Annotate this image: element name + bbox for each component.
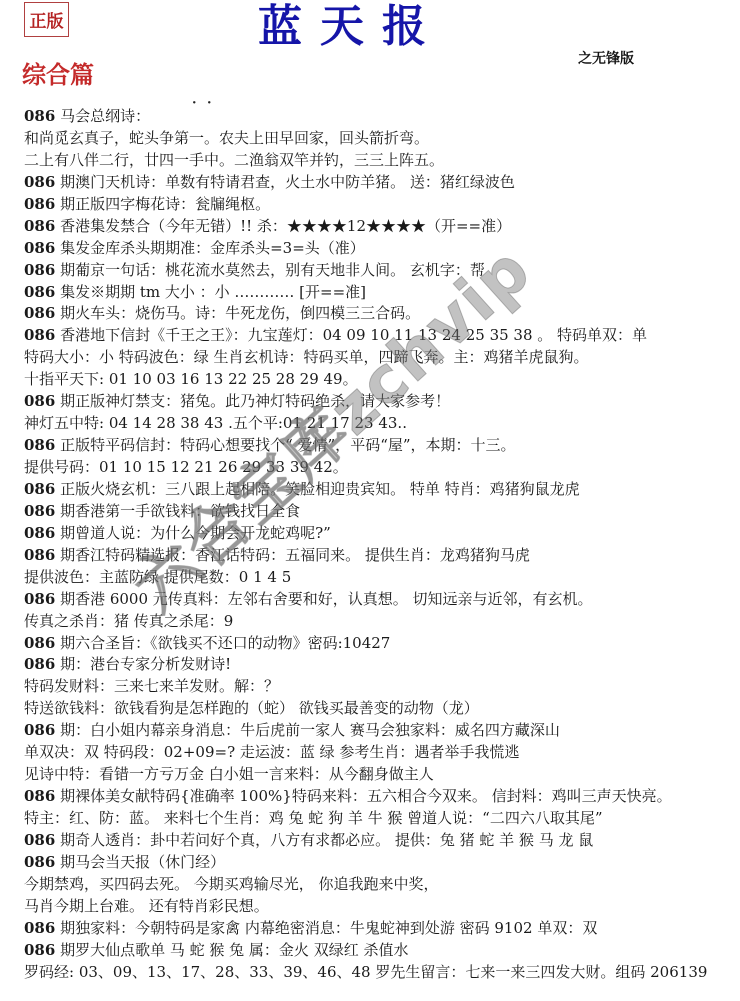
text-line: 罗码经: 03、09、13、17、28、33、39、46、48 罗先生留言：七来… xyxy=(24,962,738,984)
text-line: 和尚觅玄真子，蛇头争第一。农夫上田早回家，回头箭折弯。 xyxy=(24,128,738,150)
text-line: 086 期澳门天机诗：单数有特请君查，火土水中防羊猪。 送：猪红绿波色 xyxy=(24,172,738,194)
text-line: 086 期香港 6000 元传真料：左邻右舍要和好，认真想。 切知远亲与近邻，有… xyxy=(24,589,738,611)
text-line: 086 香港集发禁合（今年无错）!! 杀：★★★★12★★★★（开==准） xyxy=(24,216,738,238)
text-line: 086 期香江特码精选报：香江话特码：五福同来。 提供生肖：龙鸡猪狗马虎 xyxy=(24,545,738,567)
text-line: 单双决：双 特码段：02+09=? 走运波：蓝 绿 参考生肖：遇者举手我慌逃 xyxy=(24,742,738,764)
text-line: 086 正版特平码信封：特码心想要找个“ 爱情”，平码“屋”，本期：十三。 xyxy=(24,435,738,457)
text-line: 086 期香港第一手欲钱料：欲钱找日全食 xyxy=(24,501,738,523)
text-line: 086 期：港台专家分析发财诗! xyxy=(24,654,738,676)
text-line: 086 期正版四字梅花诗：瓮牖绳枢。 xyxy=(24,194,738,216)
text-line: 见诗中特：看错一方亏万金 白小姐一言来料：从今翻身做主人 xyxy=(24,764,738,786)
text-line: 086 期六合圣旨：《欲钱买不还口的动物》密码:10427 xyxy=(24,633,738,655)
text-line: 086 期独家料：今朝特码是家禽 内幕绝密消息：牛鬼蛇神到处游 密码 9102 … xyxy=(24,918,738,940)
section-heading: 综合篇 xyxy=(22,60,94,90)
text-line: 086 期罗大仙点歌单 马 蛇 猴 兔 属：金火 双绿红 杀值水 xyxy=(24,940,738,962)
text-line: 086 集发金库杀头期期准：金库杀头=3=头（准） xyxy=(24,238,738,260)
text-line: 神灯五中特: 04 14 28 38 43 .五个平:01 21 17 23 4… xyxy=(24,413,738,435)
text-line: 特送欲钱料：欲钱看狗是怎样跑的（蛇） 欲钱买最善变的动物（龙） xyxy=(24,698,738,720)
text-line: 086 期火车头：烧伤马。诗：牛死龙伤，倒四模三三合码。 xyxy=(24,303,738,325)
text-line: 十指平天下: 01 10 03 16 13 22 25 28 29 49。 xyxy=(24,369,738,391)
text-line: 086 香港地下信封《千王之王》：九宝莲灯：04 09 10 11 13 24 … xyxy=(24,325,738,347)
text-line: 今期禁鸡，买四码去死。 今期买鸡输尽光， 你追我跑来中奖， xyxy=(24,874,738,896)
text-line: 提供波色：主蓝防绿 提供尾数：0 1 4 5 xyxy=(24,567,738,589)
text-line: 086 期裸体美女献特码{准确率 100%}特码来料：五六相合今双来。 信封料：… xyxy=(24,786,738,808)
text-line: 提供号码：01 10 15 12 21 26 29 33 39 42。 xyxy=(24,457,738,479)
text-line: 086 期马会当天报（休门经） xyxy=(24,852,738,874)
text-line: 086 期奇人透肖：卦中若问好个真，八方有求都必应。 提供：兔 猪 蛇 羊 猴 … xyxy=(24,830,738,852)
text-line: 086 期正版神灯禁支：猪兔。此乃神灯特码绝杀，请大家参考！ xyxy=(24,391,738,413)
text-line: 特码大小：小 特码波色：绿 生肖玄机诗：特码买单，四蹄飞奔。主：鸡猪羊虎鼠狗。 xyxy=(24,347,738,369)
genuine-edition-badge: 正版 xyxy=(24,2,69,37)
newspaper-title: 蓝天报 xyxy=(258,2,444,52)
text-line: 086 集发※期期 tm 大小 ：小 ………… [开==准] xyxy=(24,282,738,304)
text-line: 特码发财料：三来七来羊发财。解：？ xyxy=(24,676,738,698)
text-line: 086 期：白小姐内幕亲身消息：牛后虎前一家人 赛马会独家料：威名四方藏深山 xyxy=(24,720,738,742)
text-line: 086 马会总纲诗： xyxy=(24,106,738,128)
text-line: 特主：红、防：蓝。 来料七个生肖：鸡 兔 蛇 狗 羊 牛 猴 曾道人说：“二四六… xyxy=(24,808,738,830)
text-line: 传真之杀肖：猪 传真之杀尾：9 xyxy=(24,611,738,633)
text-line: 086 期葡京一句话：桃花流水莫然去，别有天地非人间。 玄机字：帮 xyxy=(24,260,738,282)
article-body: 086 马会总纲诗： 和尚觅玄真子，蛇头争第一。农夫上田早回家，回头箭折弯。 二… xyxy=(24,106,738,984)
text-line: 086 正版火烧玄机：三八跟上起相陪。笑脸相迎贵宾知。 特单 特肖：鸡猪狗鼠龙虎 xyxy=(24,479,738,501)
text-line: 086 期曾道人说：为什么今期会开龙蛇鸡呢?” xyxy=(24,523,738,545)
edition-label: 之无锋版 xyxy=(578,48,634,68)
text-line: 二上有八伴二行，廿四一手中。二渔翁双竿并钓，三三上阵五。 xyxy=(24,150,738,172)
text-line: 马肖今期上台难。 还有特肖彩民想。 xyxy=(24,896,738,918)
